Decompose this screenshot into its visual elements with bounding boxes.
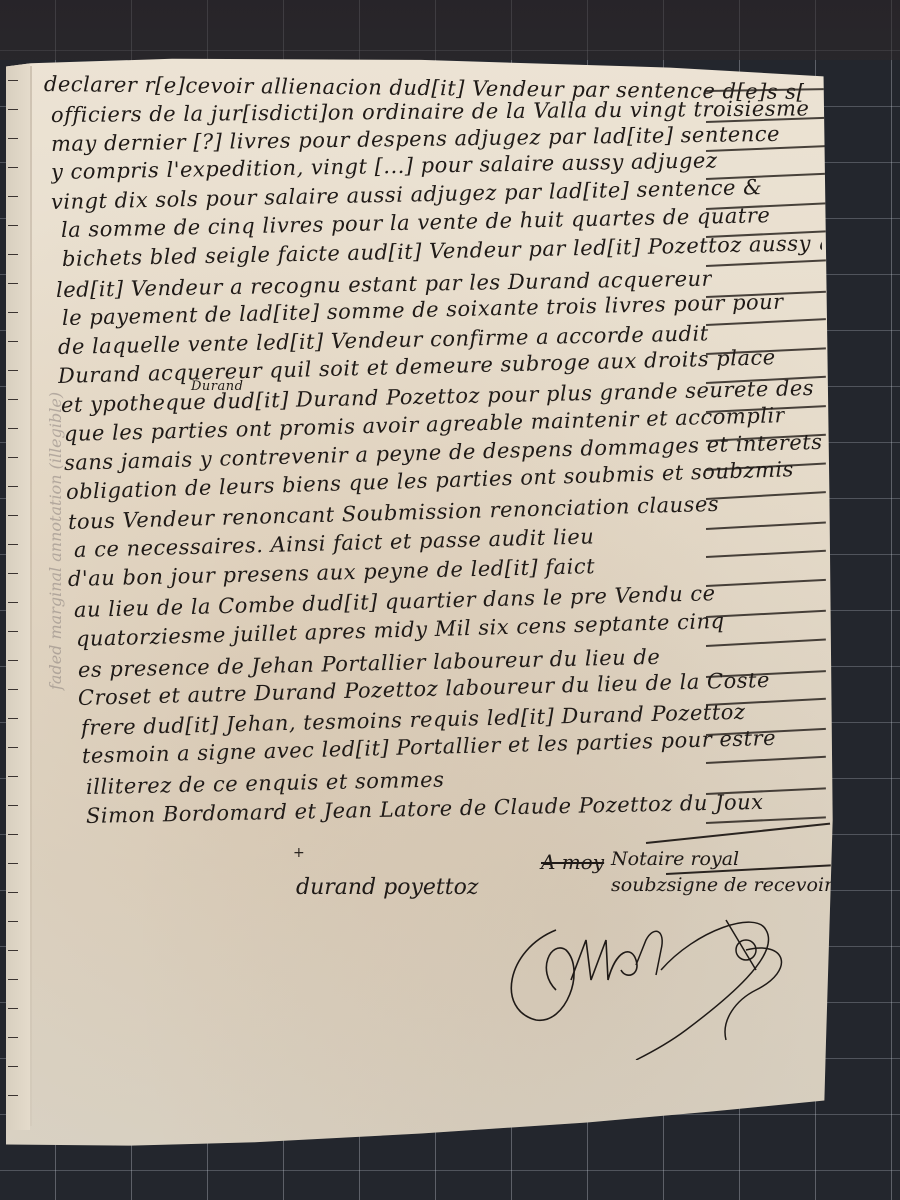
page-fold [30,66,32,1126]
edge-tick [8,921,18,922]
interlinear-insertion: Durand [191,379,243,394]
edge-tick [8,950,18,951]
edge-tick [8,1066,18,1067]
edge-tick [8,602,18,603]
edge-tick [8,631,18,632]
edge-tick [8,863,18,864]
edge-tick [8,399,18,400]
edge-tick [8,573,18,574]
line-filler-stroke [706,639,826,647]
edge-tick [8,1008,18,1009]
edge-tick [8,138,18,139]
previous-page-edge [6,50,30,1130]
margin-note: faded marginal annotation (illegible) [46,392,65,690]
edge-tick [8,370,18,371]
edge-tick [8,776,18,777]
notary-line-flourish [646,823,830,844]
edge-tick [8,1095,18,1096]
notary-signature-flourish-icon [496,910,816,1060]
edge-tick [8,225,18,226]
edge-tick [8,1037,18,1038]
line-filler-stroke [706,522,826,530]
mat-top-shadow [0,0,900,60]
line-filler-stroke [706,259,826,266]
line-filler-stroke [706,816,826,823]
line-filler-stroke [706,491,826,499]
manuscript-line: illiterez de ce enquis et sommes [86,767,445,799]
edge-tick [8,515,18,516]
edge-tick [8,109,18,110]
edge-tick [8,747,18,748]
edge-tick [8,805,18,806]
manuscript-page: faded marginal annotation (illegible) de… [6,50,836,1150]
edge-tick [8,486,18,487]
edge-tick [8,544,18,545]
line-filler-stroke [706,550,826,558]
edge-tick [8,167,18,168]
edge-tick [8,834,18,835]
edge-tick [8,196,18,197]
edge-tick [8,660,18,661]
edge-tick [8,80,18,81]
edge-tick [8,457,18,458]
edge-tick [8,254,18,255]
edge-tick [8,689,18,690]
line-filler-stroke [706,756,826,764]
notary-title-line1: Notaire royal soubzsigne de recevoir [611,846,836,898]
witness-cross-mark: + [293,845,305,861]
edge-tick [8,341,18,342]
edge-tick [8,312,18,313]
edge-tick [8,718,18,719]
edge-tick [8,283,18,284]
notary-title-struck: A moy [541,850,604,874]
witness-signature: durand poyettoz [296,875,478,900]
line-filler-stroke [706,579,826,587]
edge-tick [8,428,18,429]
edge-tick [8,892,18,893]
line-filler-stroke [706,318,826,325]
notary-title: Notaire royal soubzsigne de recevoir [611,846,836,898]
edge-tick [8,979,18,980]
